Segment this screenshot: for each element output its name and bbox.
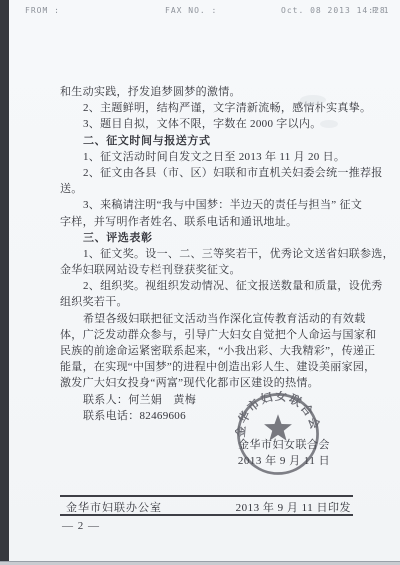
doc-line: 1、征文活动时间自发文之日至 2013 年 11 月 20 日。 [60, 149, 356, 165]
doc-line: 送。 [60, 181, 356, 197]
fax-from-label: FROM : [25, 6, 60, 15]
doc-line: 1、征文奖。设一、二、三等奖若干，优秀论文送省妇联参选， [60, 246, 356, 262]
doc-section-heading: 三、评选表彰 [60, 230, 356, 246]
scan-edge-strip [0, 0, 9, 565]
doc-line: 希望各级妇联把征文活动当作深化宣传教育活动的有效载 [60, 311, 356, 327]
footer-print-date: 2013 年 9 月 11 日印发 [236, 499, 351, 515]
doc-line: 2、征文由各县（市、区）妇联和市直机关妇委会统一推荐报 [60, 165, 356, 181]
fax-number-label: FAX NO. : [165, 6, 217, 15]
doc-line: 字样，并写明作者姓名、联系电话和通讯地址。 [60, 214, 356, 230]
document-body: 和生动实践，抒发追梦圆梦的激情。 2、主题鲜明，结构严谨，文字清新流畅，感情朴实… [60, 84, 356, 424]
doc-line: 民族的前途命运紧密联系起来，“小我出彩、大我精彩”，传递正 [60, 343, 356, 359]
page-number: — 2 — [62, 520, 100, 532]
doc-line: 激发广大妇女投身“两富”现代化都市区建设的热情。 [60, 375, 356, 391]
doc-line: 能量，在实现“中国梦”的进程中创造出彩人生、建设美丽家园， [60, 359, 356, 375]
doc-line: 2、组织奖。视组织发动情况、征文报送数量和质量，设优秀 [60, 278, 356, 294]
official-seal: 金华市妇女联合会 [235, 391, 321, 477]
fax-header: FROM : FAX NO. : Oct. 08 2013 14:28 P 1 [0, 6, 400, 18]
fax-timestamp: Oct. 08 2013 14:28 [281, 6, 386, 15]
doc-section-heading: 二、征文时间与报送方式 [60, 133, 356, 149]
footer-rule-bottom [60, 514, 353, 516]
scanned-fax-page: FROM : FAX NO. : Oct. 08 2013 14:28 P 1 … [0, 0, 400, 565]
doc-line: 金华妇联网站设专栏刊登获奖征文。 [60, 262, 356, 278]
scan-smudge [300, 95, 326, 105]
footer-office: 金华市妇联办公室 [66, 499, 162, 515]
footer-rule-top [60, 495, 353, 497]
fax-page-indicator: P 1 [372, 6, 389, 15]
doc-line: 3、题目自拟，文体不限，字数在 2000 字以内。 [60, 116, 356, 132]
doc-line: 体，广泛发动群众参与，引导广大妇女自觉把个人命运与国家和 [60, 327, 356, 343]
scan-smudge [320, 120, 338, 128]
doc-line: 3、来稿请注明“我与中国梦：半边天的责任与担当” 征文 [60, 197, 356, 213]
scan-bottom-edge [0, 561, 400, 565]
seal-star-icon [264, 414, 292, 440]
doc-line: 组织奖若干。 [60, 294, 356, 310]
